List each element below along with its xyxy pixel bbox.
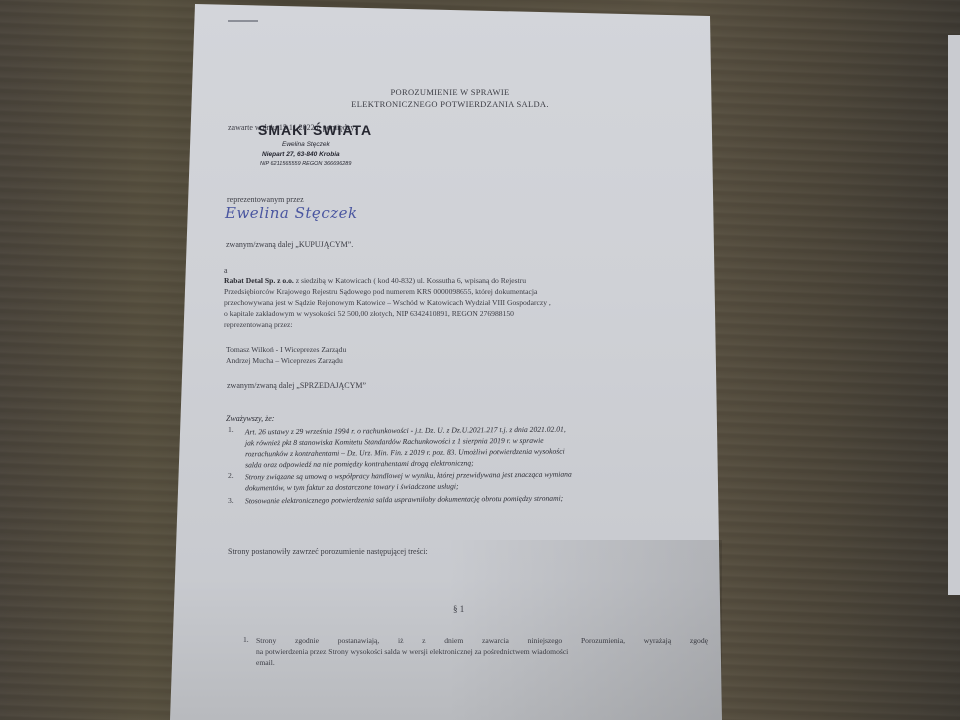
handwritten-signature: Ewelina Stęczek xyxy=(225,204,358,222)
clause-1-line: Strony zgodnie postanawiają, iż z dniem … xyxy=(256,635,708,646)
seller-line-5: reprezentowaną przez: xyxy=(224,319,551,330)
seller-paragraph: Rabat Detal Sp. z o.o. z siedzibą w Kato… xyxy=(224,275,551,330)
second-paper-edge xyxy=(948,35,960,595)
representative-1: Tomasz Wilkoń - I Wiceprezes Zarządu xyxy=(226,344,346,355)
agreement-document-page: POROZUMIENIE W SPRAWIE ELEKTRONICZNEGO P… xyxy=(170,4,722,720)
stamp-ids: NIP 6211565559 REGON 366696289 xyxy=(260,161,351,167)
section-mark: § 1 xyxy=(453,604,464,614)
pen-mark xyxy=(228,20,258,22)
stamp-company-name: SMAKI ŚWIATA xyxy=(258,122,372,138)
seller-company-name: Rabat Detal Sp. z o.o. xyxy=(224,276,294,285)
whereas-3-line: Stosowanie elektronicznego potwierdzenia… xyxy=(245,493,563,507)
stamp-owner: Ewelina Stęczek xyxy=(282,141,330,148)
whereas-label: Zważywszy, że: xyxy=(226,413,274,424)
whereas-num-3: 3. xyxy=(228,496,234,505)
document-title: POROZUMIENIE W SPRAWIE ELEKTRONICZNEGO P… xyxy=(300,86,600,110)
whereas-item-1: Art. 26 ustawy z 29 września 1994 r. o r… xyxy=(245,424,566,471)
clause-1-line: na potwierdzenia przez Strony wysokości … xyxy=(256,646,568,657)
whereas-num-1: 1. xyxy=(228,425,234,434)
buyer-label: zwanym/zwaną dalej „KUPUJĄCYM”. xyxy=(226,239,353,250)
representative-2: Andrzej Mucha – Wiceprezes Zarządu xyxy=(226,355,346,366)
stamp-address: Niepart 27, 63-840 Krobia xyxy=(262,151,340,158)
seller-line-1: z siedzibą w Katowicach ( kod 40-832) ul… xyxy=(294,276,526,285)
whereas-2-line: dokumentów, w tym faktur za dostarczone … xyxy=(245,480,572,494)
whereas-item-2: Strony związane są umową o współpracy ha… xyxy=(245,469,572,494)
seller-line-2: Przedsiębiorców Krajowego Rejestru Sądow… xyxy=(224,286,551,297)
clause-num-1: 1. xyxy=(243,635,249,644)
parties-agreed-text: Strony postanowiły zawrzeć porozumienie … xyxy=(228,546,428,557)
representatives-list: Tomasz Wilkoń - I Wiceprezes Zarządu And… xyxy=(226,344,346,366)
title-line-1: POROZUMIENIE W SPRAWIE xyxy=(300,86,600,98)
clause-1-text-cont: na potwierdzenia przez Strony wysokości … xyxy=(256,646,568,668)
seller-line-4: o kapitale zakładowym w wysokości 52 500… xyxy=(224,308,551,319)
seller-line-3: przechowywana jest w Sądzie Rejonowym Ka… xyxy=(224,297,551,308)
whereas-item-3: Stosowanie elektronicznego potwierdzenia… xyxy=(245,493,563,507)
seller-label: zwanym/zwaną dalej „SPRZEDAJĄCYM” xyxy=(227,380,366,391)
whereas-num-2: 2. xyxy=(228,471,234,480)
clause-1-line: email. xyxy=(256,657,568,668)
title-line-2: ELEKTRONICZNEGO POTWIERDZANIA SALDA. xyxy=(300,98,600,110)
clause-1-text: Strony zgodnie postanawiają, iż z dniem … xyxy=(256,635,708,646)
